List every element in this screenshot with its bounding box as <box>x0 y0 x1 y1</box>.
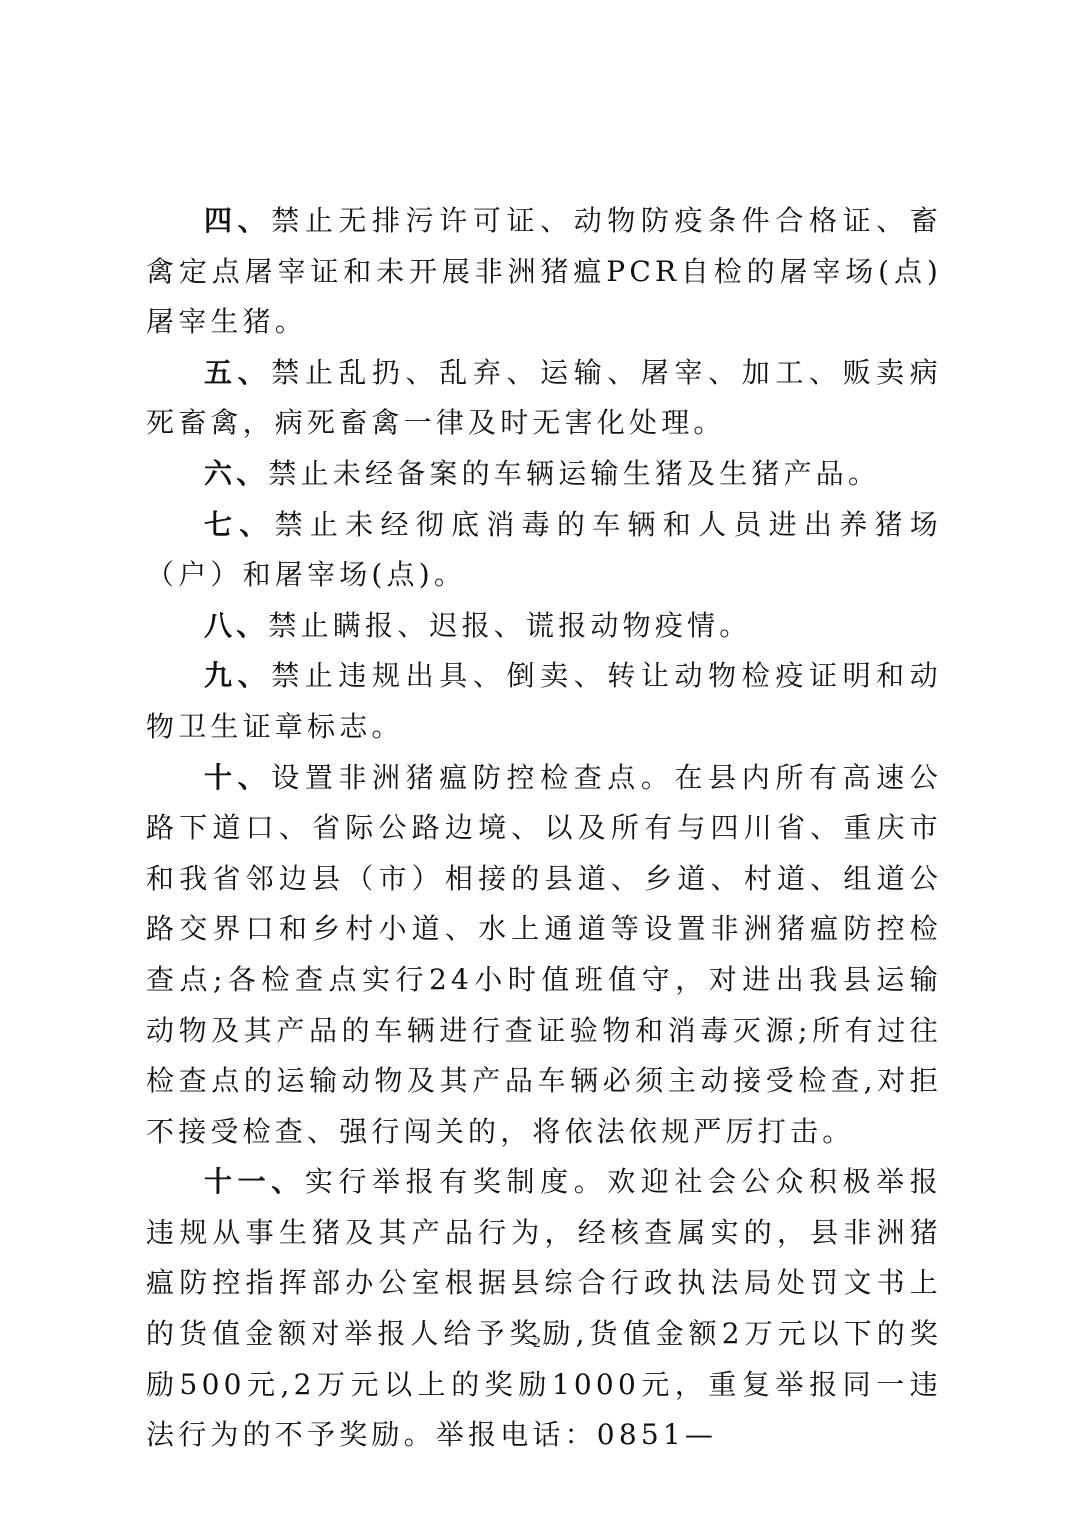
paragraph-item-9: 九、禁止违规出具、倒卖、转让动物检疫证明和动物卫生证章标志。 <box>146 651 942 752</box>
item-text: 禁止未经备案的车辆运输生猪及生猪产品。 <box>268 457 880 490</box>
item-text: 禁止瞒报、迟报、谎报动物疫情。 <box>268 609 751 642</box>
paragraph-item-7: 七、禁止未经彻底消毒的车辆和人员进出养猪场（户）和屠宰场(点)。 <box>146 500 942 601</box>
paragraph-item-4: 四、禁止无排污许可证、动物防疫条件合格证、畜禽定点屠宰证和未开展非洲猪瘟PCR自… <box>146 196 942 348</box>
paragraph-item-11: 十一、实行举报有奖制度。欢迎社会公众积极举报违规从事生猪及其产品行为，经核查属实… <box>146 1157 942 1461</box>
item-number: 四、 <box>204 204 271 237</box>
item-text: 实行举报有奖制度。欢迎社会公众积极举报违规从事生猪及其产品行为，经核查属实的，县… <box>146 1165 942 1451</box>
paragraph-item-8: 八、禁止瞒报、迟报、谎报动物疫情。 <box>146 601 942 652</box>
paragraph-item-6: 六、禁止未经备案的车辆运输生猪及生猪产品。 <box>146 449 942 500</box>
item-text: 设置非洲猪瘟防控检查点。在县内所有高速公路下道口、省际公路边境、以及所有与四川省… <box>146 761 942 1148</box>
item-number: 十、 <box>204 761 271 794</box>
item-number: 十一、 <box>204 1165 305 1198</box>
paragraph-item-10: 十、设置非洲猪瘟防控检查点。在县内所有高速公路下道口、省际公路边境、以及所有与四… <box>146 753 942 1158</box>
page-number: - 2 - <box>0 1335 1074 1352</box>
item-number: 六、 <box>204 457 268 490</box>
item-number: 八、 <box>204 609 268 642</box>
item-number: 七、 <box>204 508 275 541</box>
document-body: 四、禁止无排污许可证、动物防疫条件合格证、畜禽定点屠宰证和未开展非洲猪瘟PCR自… <box>146 196 942 1461</box>
item-number: 九、 <box>204 659 271 692</box>
paragraph-item-5: 五、禁止乱扔、乱弃、运输、屠宰、加工、贩卖病死畜禽，病死畜禽一律及时无害化处理。 <box>146 348 942 449</box>
item-number: 五、 <box>204 356 271 389</box>
